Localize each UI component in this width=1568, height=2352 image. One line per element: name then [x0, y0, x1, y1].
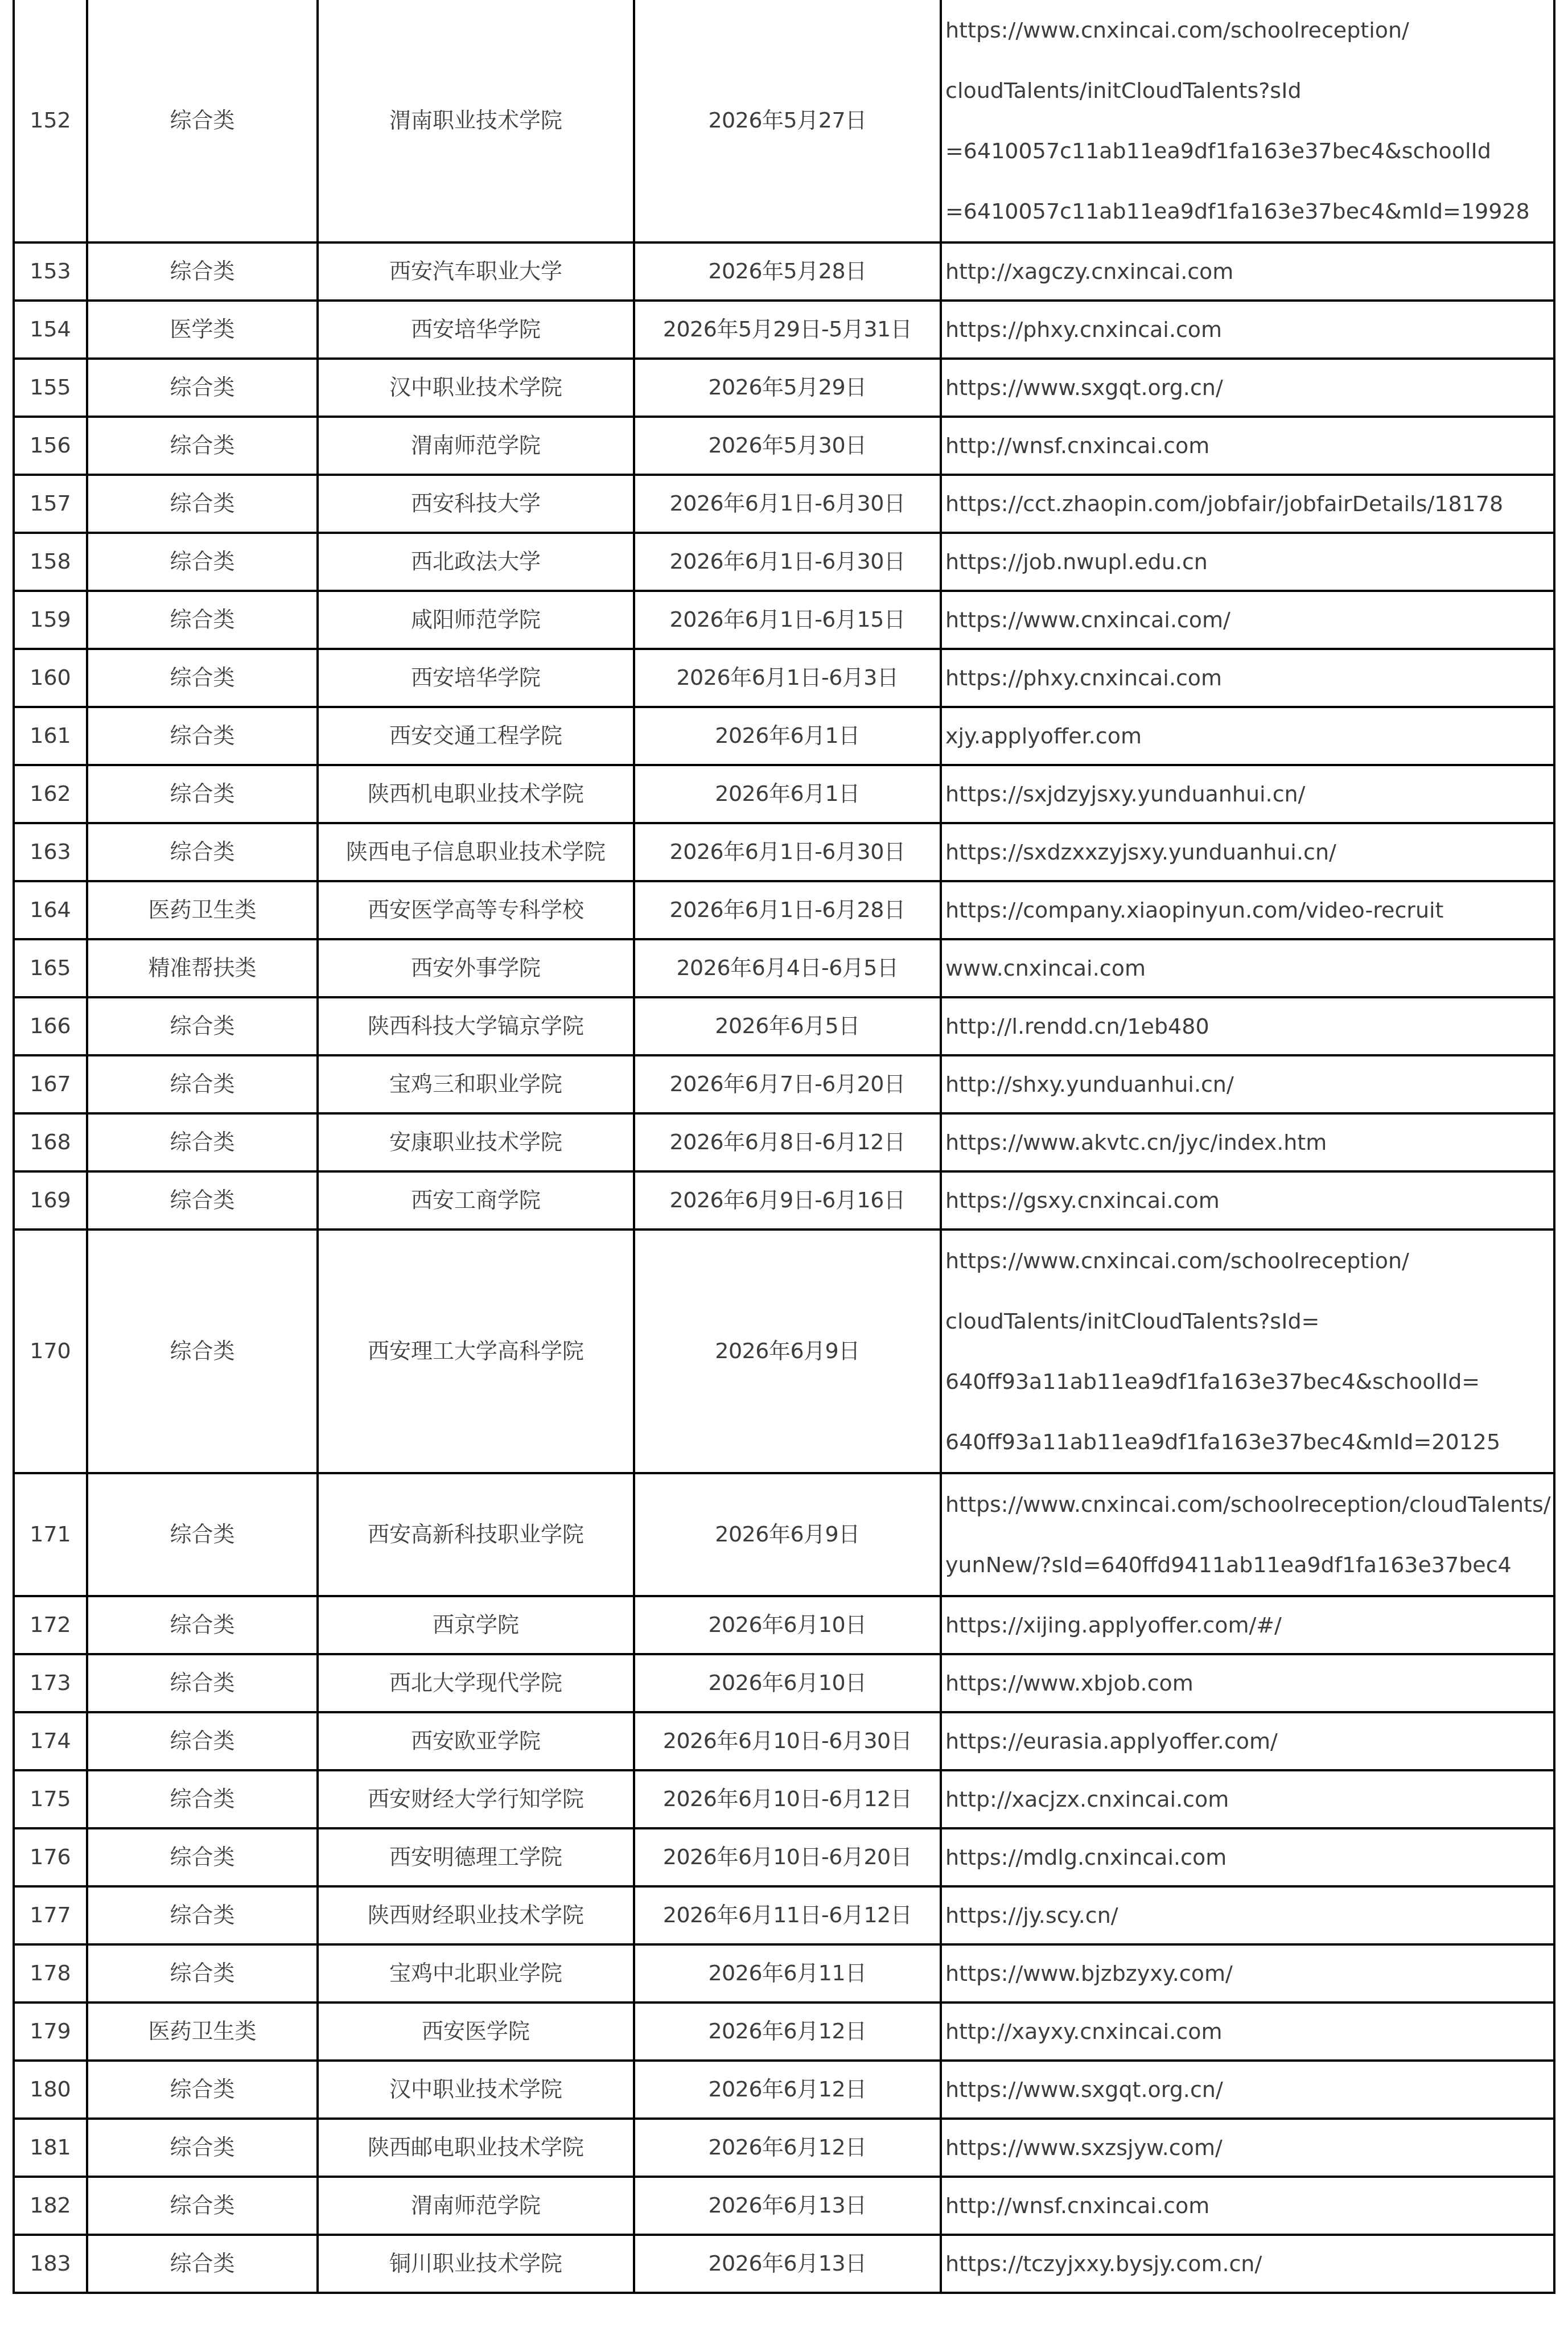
school-name-cell: 宝鸡三和职业学院: [318, 1055, 634, 1113]
url-line[interactable]: http://wnsf.cnxincai.com: [945, 2178, 1553, 2234]
category-cell: 医学类: [87, 301, 318, 359]
school-name-cell: 西安财经大学行知学院: [318, 1770, 634, 1828]
category-cell: 综合类: [87, 2119, 318, 2177]
url-text[interactable]: www.cnxincai.com: [945, 940, 1553, 996]
table-row-182: 182 综合类 渭南师范学院 2026年6月13日 http://wnsf.cn…: [14, 2177, 1554, 2235]
row-number-cell: 181: [14, 2119, 87, 2177]
row-number-cell: 164: [14, 881, 87, 939]
category-cell: 综合类: [87, 1654, 318, 1712]
url-line[interactable]: https://xijing.applyoffer.com/#/: [945, 1597, 1553, 1653]
table-row-153: 153 综合类 西安汽车职业大学 2026年5月28日 http://xagcz…: [14, 242, 1554, 301]
row-number-cell: 171: [14, 1473, 87, 1596]
school-name-cell: 西安明德理工学院: [318, 1828, 634, 1886]
category-cell: 综合类: [87, 1230, 318, 1473]
url-text[interactable]: http://shxy.yunduanhui.cn/: [945, 1056, 1553, 1112]
url-line[interactable]: =6410057c11ab11ea9df1fa163e37bec4&mId=19…: [945, 181, 1553, 241]
url-line[interactable]: http://xayxy.cnxincai.com: [945, 2004, 1553, 2059]
row-number-cell: 177: [14, 1886, 87, 1944]
category-cell: 综合类: [87, 1886, 318, 1944]
date-cell: 2026年5月28日: [634, 242, 941, 301]
school-name-cell: 咸阳师范学院: [318, 591, 634, 649]
url-line[interactable]: cloudTalents/initCloudTalents?sId: [945, 60, 1553, 121]
table-row-155: 155 综合类 汉中职业技术学院 2026年5月29日 https://www.…: [14, 359, 1554, 417]
url-text[interactable]: https://sxdzxxzyjsxy.yunduanhui.cn/: [945, 824, 1553, 880]
url-cell: xjy.applyoffer.com: [941, 707, 1554, 765]
category-cell: 医药卫生类: [87, 881, 318, 939]
row-number-cell: 174: [14, 1712, 87, 1770]
date-cell: 2026年6月8日-6月12日: [634, 1113, 941, 1171]
date-cell: 2026年6月1日-6月28日: [634, 881, 941, 939]
table-row-163: 163 综合类 陕西电子信息职业技术学院 2026年6月1日-6月30日 htt…: [14, 823, 1554, 881]
url-text[interactable]: https://www.xbjob.com: [945, 1655, 1553, 1711]
row-number-cell: 157: [14, 475, 87, 533]
url-text[interactable]: http://xacjzx.cnxincai.com: [945, 1771, 1553, 1827]
url-cell: https://sxjdzyjsxy.yunduanhui.cn/: [941, 765, 1554, 823]
date-cell: 2026年6月10日: [634, 1596, 941, 1654]
url-text[interactable]: https://www.sxgqt.org.cn/: [945, 2062, 1553, 2117]
table-row-180: 180 综合类 汉中职业技术学院 2026年6月12日 https://www.…: [14, 2061, 1554, 2119]
url-line[interactable]: https://www.sxgqt.org.cn/: [945, 2062, 1553, 2117]
category-cell: 综合类: [87, 2061, 318, 2119]
category-cell: 综合类: [87, 707, 318, 765]
date-cell: 2026年6月1日-6月3日: [634, 649, 941, 707]
school-name-cell: 渭南师范学院: [318, 417, 634, 475]
url-cell: https://www.sxgqt.org.cn/: [941, 2061, 1554, 2119]
url-cell: https://phxy.cnxincai.com: [941, 301, 1554, 359]
url-cell: http://wnsf.cnxincai.com: [941, 417, 1554, 475]
url-cell: http://xayxy.cnxincai.com: [941, 2003, 1554, 2061]
table-body: 152 综合类 渭南职业技术学院 2026年5月27日 https://www.…: [14, 0, 1554, 2293]
table-row-176: 176 综合类 西安明德理工学院 2026年6月10日-6月20日 https:…: [14, 1828, 1554, 1886]
url-line[interactable]: https://www.cnxincai.com/schoolreception…: [945, 1474, 1553, 1535]
url-text[interactable]: https://www.cnxincai.com/schoolreception…: [945, 1231, 1553, 1472]
date-cell: 2026年6月12日: [634, 2003, 941, 2061]
url-line[interactable]: https://phxy.cnxincai.com: [945, 302, 1553, 357]
date-cell: 2026年6月12日: [634, 2061, 941, 2119]
url-text[interactable]: http://wnsf.cnxincai.com: [945, 2178, 1553, 2234]
table-row-172: 172 综合类 西京学院 2026年6月10日 https://xijing.a…: [14, 1596, 1554, 1654]
row-number-cell: 156: [14, 417, 87, 475]
url-cell: https://eurasia.applyoffer.com/: [941, 1712, 1554, 1770]
row-number-cell: 152: [14, 0, 87, 242]
row-number-cell: 155: [14, 359, 87, 417]
url-cell: https://sxdzxxzyjsxy.yunduanhui.cn/: [941, 823, 1554, 881]
url-text[interactable]: https://tczyjxxy.bysjy.com.cn/: [945, 2236, 1553, 2292]
url-line[interactable]: http://xacjzx.cnxincai.com: [945, 1771, 1553, 1827]
url-line[interactable]: https://www.cnxincai.com/schoolreception…: [945, 1231, 1553, 1291]
table-row-165: 165 精准帮扶类 西安外事学院 2026年6月4日-6月5日 www.cnxi…: [14, 939, 1554, 997]
category-cell: 综合类: [87, 1712, 318, 1770]
date-cell: 2026年6月10日-6月30日: [634, 1712, 941, 1770]
url-line[interactable]: https://gsxy.cnxincai.com: [945, 1173, 1553, 1228]
url-cell: https://www.sxgqt.org.cn/: [941, 359, 1554, 417]
school-name-cell: 西北政法大学: [318, 533, 634, 591]
date-cell: 2026年6月7日-6月20日: [634, 1055, 941, 1113]
school-name-cell: 西安外事学院: [318, 939, 634, 997]
url-line[interactable]: http://l.rendd.cn/1eb480: [945, 998, 1553, 1054]
url-line[interactable]: https://jy.scy.cn/: [945, 1888, 1553, 1943]
category-cell: 综合类: [87, 533, 318, 591]
school-name-cell: 陕西机电职业技术学院: [318, 765, 634, 823]
category-cell: 综合类: [87, 359, 318, 417]
url-cell: www.cnxincai.com: [941, 939, 1554, 997]
school-name-cell: 陕西财经职业技术学院: [318, 1886, 634, 1944]
url-line[interactable]: https://tczyjxxy.bysjy.com.cn/: [945, 2236, 1553, 2292]
row-number-cell: 166: [14, 997, 87, 1055]
row-number-cell: 163: [14, 823, 87, 881]
table-row-158: 158 综合类 西北政法大学 2026年6月1日-6月30日 https://j…: [14, 533, 1554, 591]
url-cell: http://l.rendd.cn/1eb480: [941, 997, 1554, 1055]
school-name-cell: 陕西科技大学镐京学院: [318, 997, 634, 1055]
row-number-cell: 175: [14, 1770, 87, 1828]
category-cell: 综合类: [87, 649, 318, 707]
url-text[interactable]: https://jy.scy.cn/: [945, 1888, 1553, 1943]
table-row-183: 183 综合类 铜川职业技术学院 2026年6月13日 https://tczy…: [14, 2235, 1554, 2293]
school-name-cell: 西安交通工程学院: [318, 707, 634, 765]
category-cell: 综合类: [87, 1944, 318, 2003]
url-cell: http://shxy.yunduanhui.cn/: [941, 1055, 1554, 1113]
row-number-cell: 161: [14, 707, 87, 765]
date-cell: 2026年6月1日-6月30日: [634, 475, 941, 533]
url-text[interactable]: https://cct.zhaopin.com/jobfair/jobfairD…: [945, 476, 1553, 532]
date-cell: 2026年6月11日: [634, 1944, 941, 2003]
row-number-cell: 167: [14, 1055, 87, 1113]
category-cell: 综合类: [87, 0, 318, 242]
url-text[interactable]: https://job.nwupl.edu.cn: [945, 534, 1553, 590]
date-cell: 2026年6月1日: [634, 765, 941, 823]
url-text[interactable]: http://xagczy.cnxincai.com: [945, 244, 1553, 299]
school-name-cell: 西安医学院: [318, 2003, 634, 2061]
url-line[interactable]: www.cnxincai.com: [945, 940, 1553, 996]
url-line[interactable]: xjy.applyoffer.com: [945, 708, 1553, 764]
table-row-179: 179 医药卫生类 西安医学院 2026年6月12日 http://xayxy.…: [14, 2003, 1554, 2061]
table-row-157: 157 综合类 西安科技大学 2026年6月1日-6月30日 https://c…: [14, 475, 1554, 533]
url-text[interactable]: https://xijing.applyoffer.com/#/: [945, 1597, 1553, 1653]
url-cell: https://www.cnxincai.com/schoolreception…: [941, 0, 1554, 242]
url-text[interactable]: https://www.akvtc.cn/jyc/index.htm: [945, 1115, 1553, 1170]
row-number-cell: 159: [14, 591, 87, 649]
school-name-cell: 西安培华学院: [318, 301, 634, 359]
category-cell: 精准帮扶类: [87, 939, 318, 997]
school-name-cell: 西安科技大学: [318, 475, 634, 533]
row-number-cell: 183: [14, 2235, 87, 2293]
url-text[interactable]: https://sxjdzyjsxy.yunduanhui.cn/: [945, 766, 1553, 822]
url-cell: https://www.cnxincai.com/schoolreception…: [941, 1230, 1554, 1473]
url-line[interactable]: https://www.cnxincai.com/: [945, 592, 1553, 648]
url-cell: https://www.cnxincai.com/schoolreception…: [941, 1473, 1554, 1596]
date-cell: 2026年6月1日-6月30日: [634, 533, 941, 591]
school-name-cell: 渭南职业技术学院: [318, 0, 634, 242]
row-number-cell: 176: [14, 1828, 87, 1886]
school-name-cell: 汉中职业技术学院: [318, 2061, 634, 2119]
date-cell: 2026年6月1日-6月30日: [634, 823, 941, 881]
school-name-cell: 陕西邮电职业技术学院: [318, 2119, 634, 2177]
url-line[interactable]: cloudTalents/initCloudTalents?sId=: [945, 1291, 1553, 1351]
category-cell: 综合类: [87, 1171, 318, 1230]
school-name-cell: 西安欧亚学院: [318, 1712, 634, 1770]
row-number-cell: 169: [14, 1171, 87, 1230]
table-row-181: 181 综合类 陕西邮电职业技术学院 2026年6月12日 https://ww…: [14, 2119, 1554, 2177]
school-name-cell: 西安工商学院: [318, 1171, 634, 1230]
url-cell: http://xacjzx.cnxincai.com: [941, 1770, 1554, 1828]
url-text[interactable]: xjy.applyoffer.com: [945, 708, 1553, 764]
table-row-173: 173 综合类 西北大学现代学院 2026年6月10日 https://www.…: [14, 1654, 1554, 1712]
url-line[interactable]: https://phxy.cnxincai.com: [945, 650, 1553, 706]
job-fair-table-container: 152 综合类 渭南职业技术学院 2026年5月27日 https://www.…: [13, 0, 1555, 2294]
table-row-170: 170 综合类 西安理工大学高科学院 2026年6月9日 https://www…: [14, 1230, 1554, 1473]
date-cell: 2026年6月10日-6月12日: [634, 1770, 941, 1828]
url-text[interactable]: http://xayxy.cnxincai.com: [945, 2004, 1553, 2059]
category-cell: 综合类: [87, 475, 318, 533]
url-cell: https://jy.scy.cn/: [941, 1886, 1554, 1944]
category-cell: 综合类: [87, 997, 318, 1055]
url-text[interactable]: http://wnsf.cnxincai.com: [945, 418, 1553, 474]
url-line[interactable]: https://cct.zhaopin.com/jobfair/jobfairD…: [945, 476, 1553, 532]
date-cell: 2026年5月29日: [634, 359, 941, 417]
date-cell: 2026年6月12日: [634, 2119, 941, 2177]
url-line[interactable]: https://www.sxgqt.org.cn/: [945, 360, 1553, 416]
row-number-cell: 182: [14, 2177, 87, 2235]
url-line[interactable]: 640ff93a11ab11ea9df1fa163e37bec4&schoolI…: [945, 1351, 1553, 1412]
url-line[interactable]: yunNew/?sId=640ffd9411ab11ea9df1fa163e37…: [945, 1535, 1553, 1595]
date-cell: 2026年6月9日: [634, 1473, 941, 1596]
category-cell: 综合类: [87, 1770, 318, 1828]
date-cell: 2026年6月10日-6月20日: [634, 1828, 941, 1886]
url-cell: http://xagczy.cnxincai.com: [941, 242, 1554, 301]
category-cell: 综合类: [87, 591, 318, 649]
url-text[interactable]: https://eurasia.applyoffer.com/: [945, 1713, 1553, 1769]
category-cell: 综合类: [87, 765, 318, 823]
category-cell: 综合类: [87, 242, 318, 301]
date-cell: 2026年6月5日: [634, 997, 941, 1055]
job-fair-schedule-table: 152 综合类 渭南职业技术学院 2026年5月27日 https://www.…: [13, 0, 1555, 2294]
url-line[interactable]: https://www.akvtc.cn/jyc/index.htm: [945, 1115, 1553, 1170]
table-row-167: 167 综合类 宝鸡三和职业学院 2026年6月7日-6月20日 http://…: [14, 1055, 1554, 1113]
url-line[interactable]: =6410057c11ab11ea9df1fa163e37bec4&school…: [945, 121, 1553, 181]
table-row-178: 178 综合类 宝鸡中北职业学院 2026年6月11日 https://www.…: [14, 1944, 1554, 2003]
url-cell: https://xijing.applyoffer.com/#/: [941, 1596, 1554, 1654]
url-line[interactable]: https://eurasia.applyoffer.com/: [945, 1713, 1553, 1769]
url-line[interactable]: https://sxdzxxzyjsxy.yunduanhui.cn/: [945, 824, 1553, 880]
table-row-174: 174 综合类 西安欧亚学院 2026年6月10日-6月30日 https://…: [14, 1712, 1554, 1770]
table-row-177: 177 综合类 陕西财经职业技术学院 2026年6月11日-6月12日 http…: [14, 1886, 1554, 1944]
date-cell: 2026年6月13日: [634, 2235, 941, 2293]
table-row-162: 162 综合类 陕西机电职业技术学院 2026年6月1日 https://sxj…: [14, 765, 1554, 823]
url-line[interactable]: https://company.xiaopinyun.com/video-rec…: [945, 882, 1553, 938]
category-cell: 综合类: [87, 1113, 318, 1171]
url-text[interactable]: https://phxy.cnxincai.com: [945, 650, 1553, 706]
url-line[interactable]: https://www.sxzsjyw.com/: [945, 2120, 1553, 2176]
url-text[interactable]: https://phxy.cnxincai.com: [945, 302, 1553, 357]
url-cell: https://job.nwupl.edu.cn: [941, 533, 1554, 591]
url-line[interactable]: http://wnsf.cnxincai.com: [945, 418, 1553, 474]
table-row-168: 168 综合类 安康职业技术学院 2026年6月8日-6月12日 https:/…: [14, 1113, 1554, 1171]
category-cell: 医药卫生类: [87, 2003, 318, 2061]
row-number-cell: 178: [14, 1944, 87, 2003]
row-number-cell: 172: [14, 1596, 87, 1654]
url-line[interactable]: https://mdlg.cnxincai.com: [945, 1829, 1553, 1885]
date-cell: 2026年5月29日-5月31日: [634, 301, 941, 359]
category-cell: 综合类: [87, 2177, 318, 2235]
url-cell: https://www.sxzsjyw.com/: [941, 2119, 1554, 2177]
row-number-cell: 160: [14, 649, 87, 707]
table-row-175: 175 综合类 西安财经大学行知学院 2026年6月10日-6月12日 http…: [14, 1770, 1554, 1828]
date-cell: 2026年5月27日: [634, 0, 941, 242]
url-cell: https://www.xbjob.com: [941, 1654, 1554, 1712]
date-cell: 2026年6月10日: [634, 1654, 941, 1712]
row-number-cell: 153: [14, 242, 87, 301]
school-name-cell: 西安理工大学高科学院: [318, 1230, 634, 1473]
table-row-160: 160 综合类 西安培华学院 2026年6月1日-6月3日 https://ph…: [14, 649, 1554, 707]
row-number-cell: 180: [14, 2061, 87, 2119]
school-name-cell: 铜川职业技术学院: [318, 2235, 634, 2293]
row-number-cell: 158: [14, 533, 87, 591]
date-cell: 2026年5月30日: [634, 417, 941, 475]
url-text[interactable]: https://www.cnxincai.com/schoolreception…: [945, 0, 1553, 241]
url-text[interactable]: https://mdlg.cnxincai.com: [945, 1829, 1553, 1885]
url-cell: https://tczyjxxy.bysjy.com.cn/: [941, 2235, 1554, 2293]
school-name-cell: 西京学院: [318, 1596, 634, 1654]
date-cell: 2026年6月9日-6月16日: [634, 1171, 941, 1230]
school-name-cell: 安康职业技术学院: [318, 1113, 634, 1171]
table-row-154: 154 医学类 西安培华学院 2026年5月29日-5月31日 https://…: [14, 301, 1554, 359]
table-row-169: 169 综合类 西安工商学院 2026年6月9日-6月16日 https://g…: [14, 1171, 1554, 1230]
row-number-cell: 154: [14, 301, 87, 359]
category-cell: 综合类: [87, 1055, 318, 1113]
url-line[interactable]: https://www.xbjob.com: [945, 1655, 1553, 1711]
url-text[interactable]: https://www.sxzsjyw.com/: [945, 2120, 1553, 2176]
url-cell: https://gsxy.cnxincai.com: [941, 1171, 1554, 1230]
date-cell: 2026年6月9日: [634, 1230, 941, 1473]
url-cell: https://mdlg.cnxincai.com: [941, 1828, 1554, 1886]
url-cell: https://cct.zhaopin.com/jobfair/jobfairD…: [941, 475, 1554, 533]
table-row-161: 161 综合类 西安交通工程学院 2026年6月1日 xjy.applyoffe…: [14, 707, 1554, 765]
school-name-cell: 汉中职业技术学院: [318, 359, 634, 417]
table-row-156: 156 综合类 渭南师范学院 2026年5月30日 http://wnsf.cn…: [14, 417, 1554, 475]
url-line[interactable]: http://xagczy.cnxincai.com: [945, 244, 1553, 299]
school-name-cell: 陕西电子信息职业技术学院: [318, 823, 634, 881]
url-line[interactable]: 640ff93a11ab11ea9df1fa163e37bec4&mId=201…: [945, 1412, 1553, 1472]
table-row-171: 171 综合类 西安高新科技职业学院 2026年6月9日 https://www…: [14, 1473, 1554, 1596]
table-row-159: 159 综合类 咸阳师范学院 2026年6月1日-6月15日 https://w…: [14, 591, 1554, 649]
school-name-cell: 西安培华学院: [318, 649, 634, 707]
url-cell: https://company.xiaopinyun.com/video-rec…: [941, 881, 1554, 939]
row-number-cell: 173: [14, 1654, 87, 1712]
url-line[interactable]: http://shxy.yunduanhui.cn/: [945, 1056, 1553, 1112]
category-cell: 综合类: [87, 417, 318, 475]
school-name-cell: 宝鸡中北职业学院: [318, 1944, 634, 2003]
date-cell: 2026年6月11日-6月12日: [634, 1886, 941, 1944]
table-row-166: 166 综合类 陕西科技大学镐京学院 2026年6月5日 http://l.re…: [14, 997, 1554, 1055]
url-line[interactable]: https://job.nwupl.edu.cn: [945, 534, 1553, 590]
url-line[interactable]: https://sxjdzyjsxy.yunduanhui.cn/: [945, 766, 1553, 822]
row-number-cell: 170: [14, 1230, 87, 1473]
url-cell: https://phxy.cnxincai.com: [941, 649, 1554, 707]
url-text[interactable]: https://www.cnxincai.com/schoolreception…: [945, 1474, 1553, 1595]
school-name-cell: 渭南师范学院: [318, 2177, 634, 2235]
url-text[interactable]: https://www.cnxincai.com/: [945, 592, 1553, 648]
url-cell: http://wnsf.cnxincai.com: [941, 2177, 1554, 2235]
table-row-152: 152 综合类 渭南职业技术学院 2026年5月27日 https://www.…: [14, 0, 1554, 242]
row-number-cell: 162: [14, 765, 87, 823]
url-line[interactable]: https://www.cnxincai.com/schoolreception…: [945, 0, 1553, 60]
category-cell: 综合类: [87, 1828, 318, 1886]
table-row-164: 164 医药卫生类 西安医学高等专科学校 2026年6月1日-6月28日 htt…: [14, 881, 1554, 939]
date-cell: 2026年6月13日: [634, 2177, 941, 2235]
url-text[interactable]: http://l.rendd.cn/1eb480: [945, 998, 1553, 1054]
date-cell: 2026年6月1日-6月15日: [634, 591, 941, 649]
url-cell: https://www.bjzbzyxy.com/: [941, 1944, 1554, 2003]
row-number-cell: 168: [14, 1113, 87, 1171]
url-text[interactable]: https://www.bjzbzyxy.com/: [945, 1946, 1553, 2001]
date-cell: 2026年6月1日: [634, 707, 941, 765]
category-cell: 综合类: [87, 1596, 318, 1654]
school-name-cell: 西安高新科技职业学院: [318, 1473, 634, 1596]
school-name-cell: 西安汽车职业大学: [318, 242, 634, 301]
url-text[interactable]: https://company.xiaopinyun.com/video-rec…: [945, 882, 1553, 938]
url-cell: https://www.cnxincai.com/: [941, 591, 1554, 649]
url-line[interactable]: https://www.bjzbzyxy.com/: [945, 1946, 1553, 2001]
row-number-cell: 165: [14, 939, 87, 997]
row-number-cell: 179: [14, 2003, 87, 2061]
category-cell: 综合类: [87, 823, 318, 881]
url-text[interactable]: https://www.sxgqt.org.cn/: [945, 360, 1553, 416]
url-text[interactable]: https://gsxy.cnxincai.com: [945, 1173, 1553, 1228]
url-cell: https://www.akvtc.cn/jyc/index.htm: [941, 1113, 1554, 1171]
school-name-cell: 西安医学高等专科学校: [318, 881, 634, 939]
category-cell: 综合类: [87, 2235, 318, 2293]
school-name-cell: 西北大学现代学院: [318, 1654, 634, 1712]
category-cell: 综合类: [87, 1473, 318, 1596]
date-cell: 2026年6月4日-6月5日: [634, 939, 941, 997]
